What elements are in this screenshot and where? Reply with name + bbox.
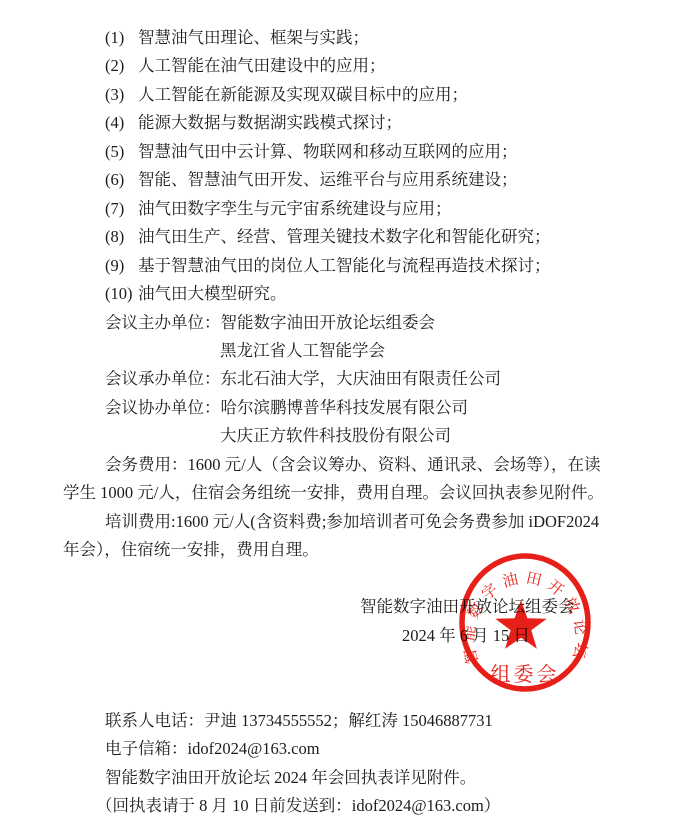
topic-number: (4): [105, 109, 138, 137]
contact-email-line: 电子信箱：idof2024@163.com: [0, 735, 684, 763]
topic-text: 油气田大模型研究。: [138, 284, 287, 303]
document-body: (1)智慧油气田理论、框架与实践； (2)人工智能在油气田建设中的应用； (3)…: [0, 24, 684, 821]
signature-organization: 智能数字油田开放论坛组委会: [0, 593, 684, 621]
topic-text: 基于智慧油气田的岗位人工智能化与流程再造技术探讨；: [138, 256, 551, 275]
organizer-co-value-2: 大庆正方软件科技股份有限公司: [220, 426, 451, 445]
topic-number: (5): [105, 138, 138, 166]
topic-text: 人工智能在新能源及实现双碳目标中的应用；: [138, 85, 468, 104]
topic-text: 油气田数字孪生与元宇宙系统建设与应用；: [138, 199, 452, 218]
notice-document: (1)智慧油气田理论、框架与实践； (2)人工智能在油气田建设中的应用； (3)…: [0, 0, 684, 837]
topic-text: 能源大数据与数据湖实践模式探讨；: [138, 113, 402, 132]
topic-text: 人工智能在油气田建设中的应用；: [138, 56, 386, 75]
topic-number: (3): [105, 81, 138, 109]
spacer: [0, 650, 684, 678]
organizer-host-value-2: 黑龙江省人工智能学会: [220, 341, 385, 360]
topic-item-4: (4)能源大数据与数据湖实践模式探讨；: [0, 109, 684, 137]
topic-item-3: (3)人工智能在新能源及实现双碳目标中的应用；: [0, 81, 684, 109]
training-fee-line-2: 年会），住宿统一安排，费用自理。: [0, 536, 684, 564]
training-fee-line-1: 培训费用:1600 元/人(含资料费;参加培训者可免会务费参加 iDOF2024: [0, 508, 684, 536]
organizer-co-label: 会议协办单位：: [105, 398, 221, 417]
topic-item-9: (9)基于智慧油气田的岗位人工智能化与流程再造技术探讨；: [0, 252, 684, 280]
receipt-info-line: 智能数字油田开放论坛 2024 年会回执表详见附件。: [0, 764, 684, 792]
topic-item-10: (10)油气田大模型研究。: [0, 280, 684, 308]
topic-number: (7): [105, 195, 138, 223]
organizer-host-value: 智能数字油田开放论坛组委会: [221, 313, 436, 332]
topic-text: 智能、智慧油气田开发、运维平台与应用系统建设；: [138, 170, 518, 189]
organizer-undertake-value: 东北石油大学，大庆油田有限责任公司: [221, 369, 502, 388]
organizer-co-line-2: 大庆正方软件科技股份有限公司: [0, 422, 684, 450]
topic-item-2: (2)人工智能在油气田建设中的应用；: [0, 52, 684, 80]
topic-item-6: (6)智能、智慧油气田开发、运维平台与应用系统建设；: [0, 166, 684, 194]
receipt-deadline-note: （回执表请于 8 月 10 日前发送到：idof2024@163.com）: [0, 792, 684, 820]
topic-number: (10): [105, 280, 138, 308]
topic-number: (1): [105, 24, 138, 52]
organizer-host-label: 会议主办单位：: [105, 313, 221, 332]
topic-text: 油气田生产、经营、管理关键技术数字化和智能化研究；: [138, 227, 551, 246]
organizer-co-line: 会议协办单位：哈尔滨鹏博普华科技发展有限公司: [0, 394, 684, 422]
topic-number: (6): [105, 166, 138, 194]
organizer-host-line-2: 黑龙江省人工智能学会: [0, 337, 684, 365]
topic-item-7: (7)油气田数字孪生与元宇宙系统建设与应用；: [0, 195, 684, 223]
organizer-undertake-line: 会议承办单位：东北石油大学，大庆油田有限责任公司: [0, 365, 684, 393]
signature-date: 2024 年 6 月 15 日: [0, 622, 684, 650]
organizer-co-value: 哈尔滨鹏博普华科技发展有限公司: [221, 398, 469, 417]
topic-item-1: (1)智慧油气田理论、框架与实践；: [0, 24, 684, 52]
topic-number: (8): [105, 223, 138, 251]
topic-item-5: (5)智慧油气田中云计算、物联网和移动互联网的应用；: [0, 138, 684, 166]
topic-number: (2): [105, 52, 138, 80]
conference-fee-line-2: 学生 1000 元/人，住宿会务组统一安排，费用自理。会议回执表参见附件。: [0, 479, 684, 507]
conference-fee-line-1: 会务费用：1600 元/人（含会议筹办、资料、通讯录、会场等），在读: [0, 451, 684, 479]
spacer: [0, 678, 684, 706]
contact-phone-line: 联系人电话：尹迪 13734555552；解红涛 15046887731: [0, 707, 684, 735]
topic-text: 智慧油气田理论、框架与实践；: [138, 28, 369, 47]
spacer: [0, 565, 684, 593]
topic-text: 智慧油气田中云计算、物联网和移动互联网的应用；: [138, 142, 518, 161]
topic-item-8: (8)油气田生产、经营、管理关键技术数字化和智能化研究；: [0, 223, 684, 251]
organizer-undertake-label: 会议承办单位：: [105, 369, 221, 388]
organizer-host-line: 会议主办单位：智能数字油田开放论坛组委会: [0, 309, 684, 337]
topic-number: (9): [105, 252, 138, 280]
